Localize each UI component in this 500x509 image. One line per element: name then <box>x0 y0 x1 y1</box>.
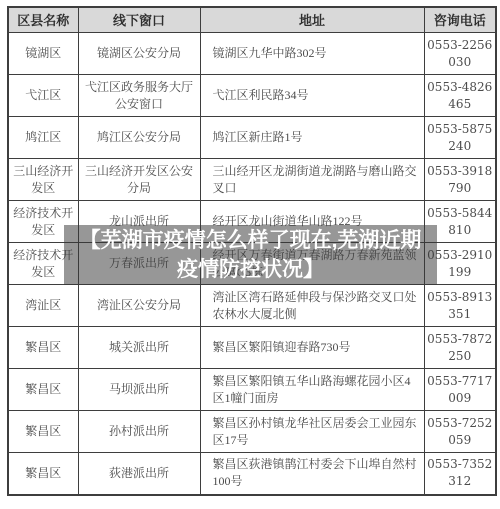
phone-cell: 0553-8913351 <box>424 285 496 327</box>
window-cell: 马坝派出所 <box>78 369 200 411</box>
window-cell: 弋江区政务服务大厅公安窗口 <box>78 75 200 117</box>
header-phone: 咨询电话 <box>424 7 496 33</box>
phone-cell: 0553-7872250 <box>424 327 496 369</box>
table-row: 繁昌区 城关派出所 繁昌区繁阳镇迎春路730号 0553-7872250 <box>8 327 496 369</box>
phone-cell: 0553-7352312 <box>424 453 496 495</box>
district-cell: 弋江区 <box>8 75 78 117</box>
district-cell: 鸠江区 <box>8 117 78 159</box>
caption-title-line-2: 疫情防控状况】 <box>177 255 324 284</box>
table-row: 繁昌区 马坝派出所 繁昌区繁阳镇五华山路海螺花园小区4区1幢门面房 0553-7… <box>8 369 496 411</box>
address-cell: 湾沚区湾石路延伸段与保沙路交叉口处农林水大厦北侧 <box>200 285 424 327</box>
address-cell: 弋江区利民路34号 <box>200 75 424 117</box>
table-row: 繁昌区 荻港派出所 繁昌区荻港镇鹊江村委会下山埠自然村100号 0553-735… <box>8 453 496 495</box>
table-row: 镜湖区 镜湖区公安分局 镜湖区九华中路302号 0553-2256030 <box>8 33 496 75</box>
address-cell: 繁昌区繁阳镇迎春路730号 <box>200 327 424 369</box>
window-cell: 孙村派出所 <box>78 411 200 453</box>
caption-overlay: 【芜湖市疫情怎么样了现在,芜湖近期 疫情防控状况】 <box>64 225 437 285</box>
phone-cell: 0553-5875240 <box>424 117 496 159</box>
district-cell: 镜湖区 <box>8 33 78 75</box>
address-cell: 鸠江区新庄路1号 <box>200 117 424 159</box>
address-cell: 三山经开区龙湖街道龙湖路与磨山路交叉口 <box>200 159 424 201</box>
phone-cell: 0553-7252059 <box>424 411 496 453</box>
phone-cell: 0553-4826465 <box>424 75 496 117</box>
window-cell: 三山经济开发区公安分局 <box>78 159 200 201</box>
table-header-row: 区县名称 线下窗口 地址 咨询电话 <box>8 7 496 33</box>
address-cell: 繁昌区孙村镇龙华社区居委会工业园东区17号 <box>200 411 424 453</box>
table-row: 弋江区 弋江区政务服务大厅公安窗口 弋江区利民路34号 0553-4826465 <box>8 75 496 117</box>
district-cell: 湾沚区 <box>8 285 78 327</box>
window-cell: 湾沚区公安分局 <box>78 285 200 327</box>
phone-cell: 0553-7717009 <box>424 369 496 411</box>
phone-cell: 0553-3918790 <box>424 159 496 201</box>
table-row: 繁昌区 孙村派出所 繁昌区孙村镇龙华社区居委会工业园东区17号 0553-725… <box>8 411 496 453</box>
address-cell: 繁昌区繁阳镇五华山路海螺花园小区4区1幢门面房 <box>200 369 424 411</box>
header-district: 区县名称 <box>8 7 78 33</box>
district-cell: 三山经济开发区 <box>8 159 78 201</box>
address-cell: 镜湖区九华中路302号 <box>200 33 424 75</box>
caption-title-line-1: 【芜湖市疫情怎么样了现在,芜湖近期 <box>80 226 422 255</box>
address-cell: 繁昌区荻港镇鹊江村委会下山埠自然村100号 <box>200 453 424 495</box>
window-cell: 城关派出所 <box>78 327 200 369</box>
phone-cell: 0553-2256030 <box>424 33 496 75</box>
window-cell: 荻港派出所 <box>78 453 200 495</box>
window-cell: 鸠江区公安分局 <box>78 117 200 159</box>
district-cell: 繁昌区 <box>8 327 78 369</box>
window-cell: 镜湖区公安分局 <box>78 33 200 75</box>
district-cell: 繁昌区 <box>8 369 78 411</box>
table-row: 湾沚区 湾沚区公安分局 湾沚区湾石路延伸段与保沙路交叉口处农林水大厦北侧 055… <box>8 285 496 327</box>
table-row: 鸠江区 鸠江区公安分局 鸠江区新庄路1号 0553-5875240 <box>8 117 496 159</box>
header-window: 线下窗口 <box>78 7 200 33</box>
district-cell: 繁昌区 <box>8 453 78 495</box>
table-row: 三山经济开发区 三山经济开发区公安分局 三山经开区龙湖街道龙湖路与磨山路交叉口 … <box>8 159 496 201</box>
header-address: 地址 <box>200 7 424 33</box>
district-cell: 繁昌区 <box>8 411 78 453</box>
